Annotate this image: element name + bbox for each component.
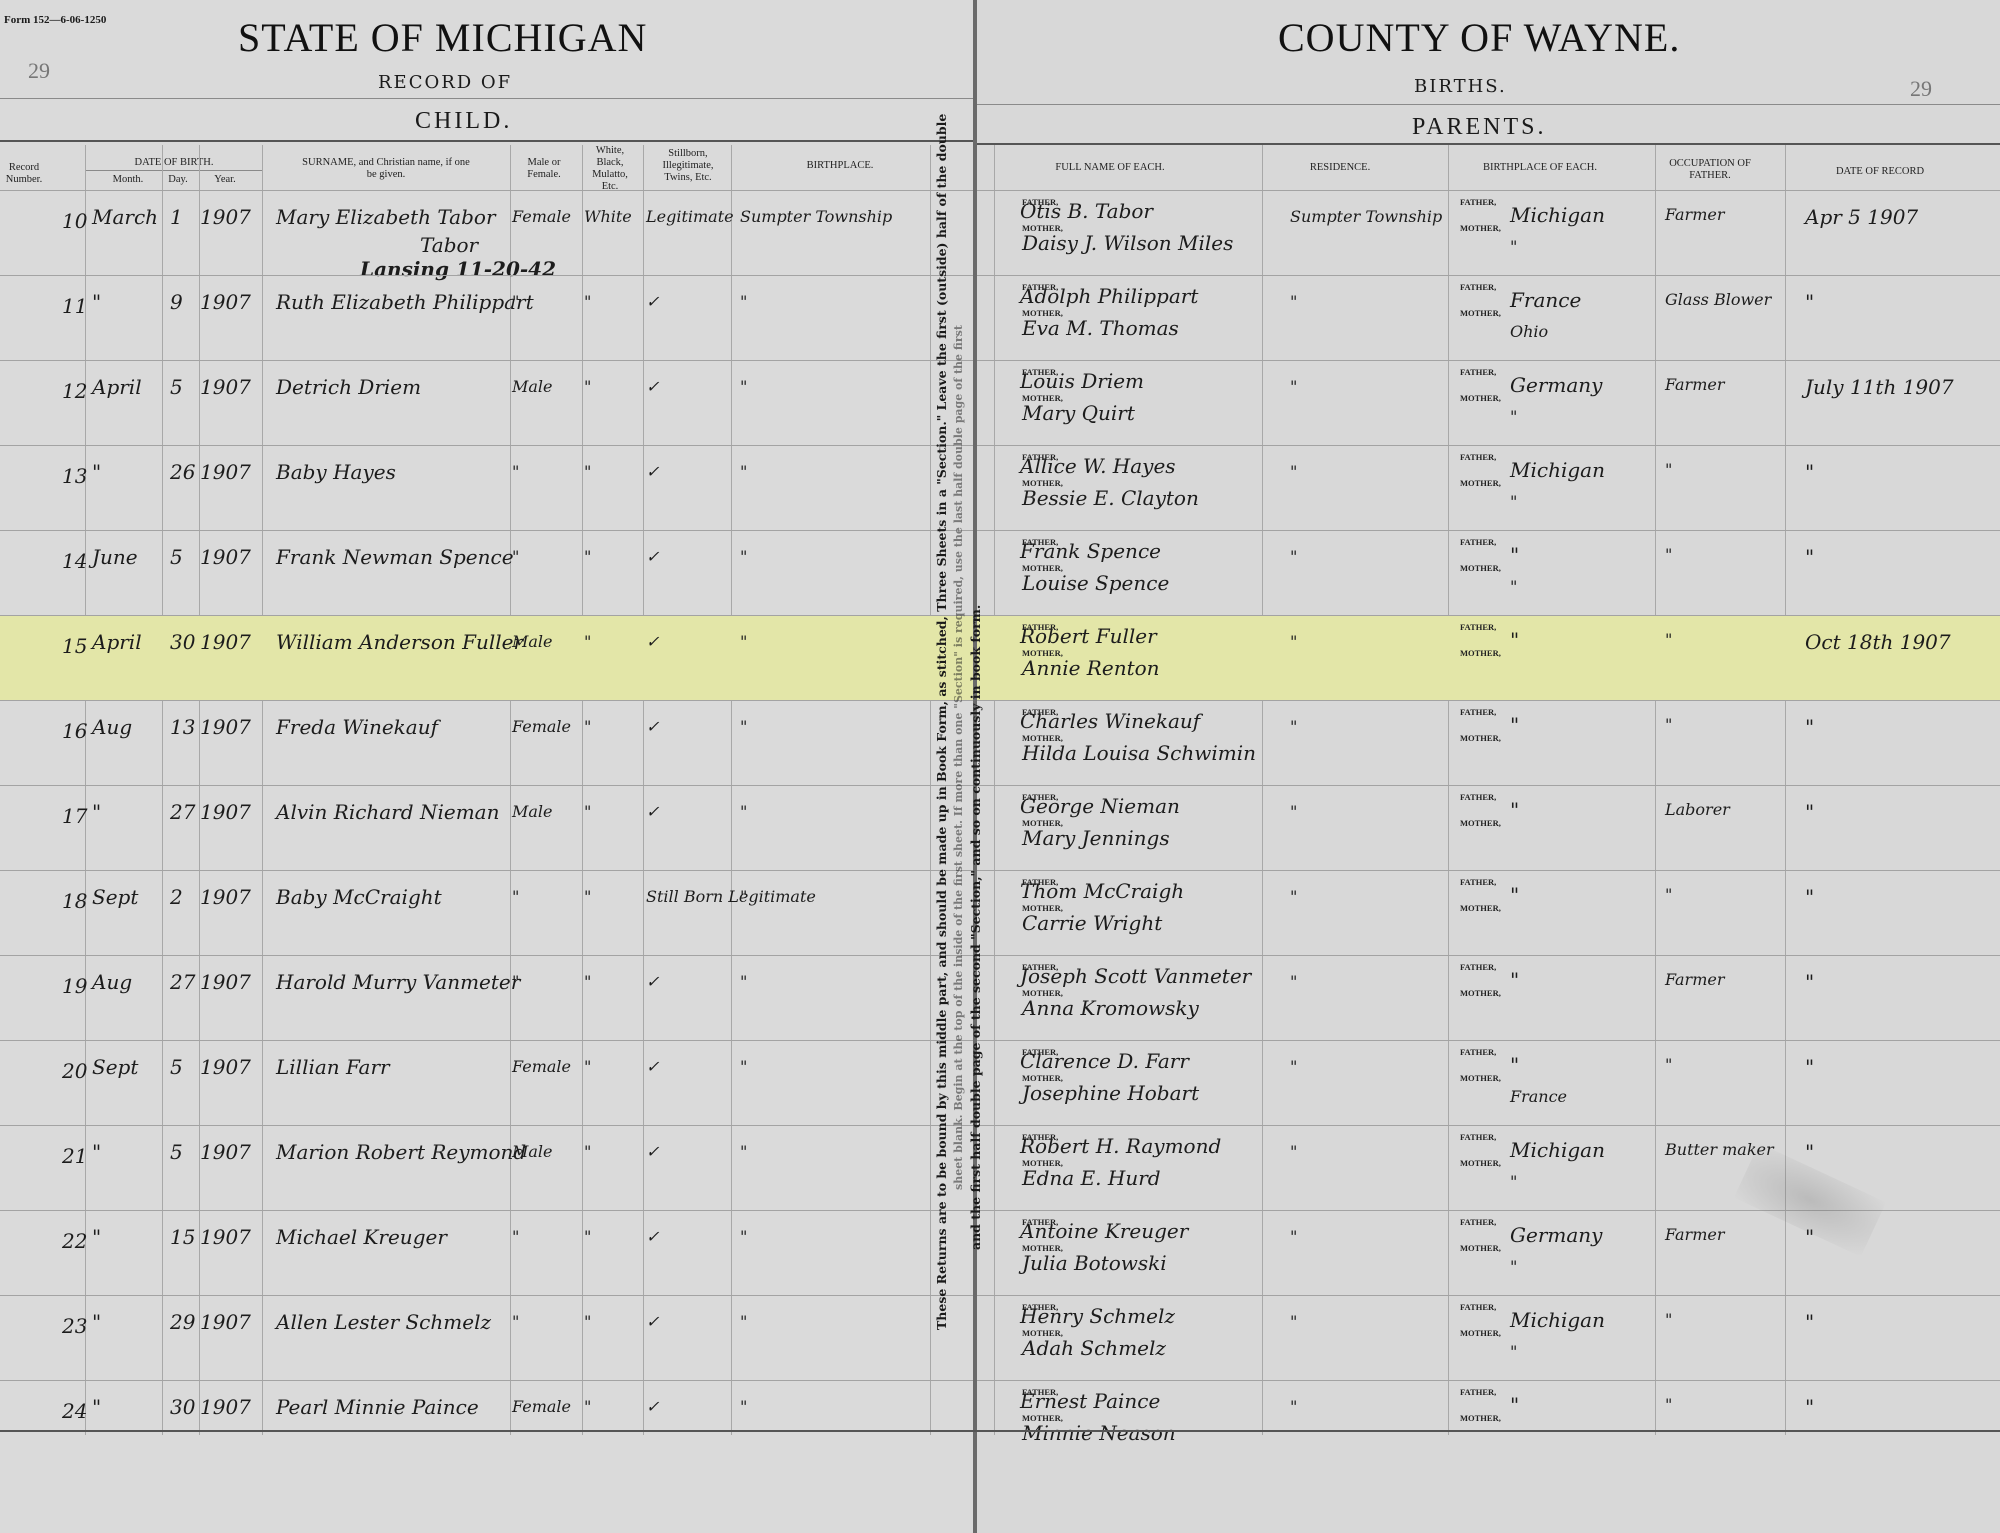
mother-name: Julia Botowski xyxy=(1022,1251,1167,1275)
status: ✓ xyxy=(646,462,659,481)
child-name: Ruth Elizabeth Philippart xyxy=(276,290,534,314)
birth-day: 13 xyxy=(170,715,195,739)
mother-label: MOTHER, xyxy=(1460,308,1501,318)
race: " xyxy=(584,887,591,906)
header-rule xyxy=(0,140,975,142)
race: " xyxy=(584,1227,591,1246)
date-of-record: " xyxy=(1805,1140,1814,1164)
table-row[interactable]: 13"261907Baby Hayes""✓"Allice W. HayesBe… xyxy=(0,445,2000,531)
col-surname: SURNAME, and Christian name, if one be g… xyxy=(296,157,476,181)
mother-name: Adah Schmelz xyxy=(1022,1336,1166,1360)
table-row[interactable]: 23"291907Allen Lester Schmelz""✓"Henry S… xyxy=(0,1295,2000,1381)
date-of-record: " xyxy=(1805,545,1814,569)
date-of-record: " xyxy=(1805,290,1814,314)
birth-day: 5 xyxy=(170,545,183,569)
date-of-record: July 11th 1907 xyxy=(1805,375,1954,399)
birth-year: 1907 xyxy=(200,715,251,739)
birth-year: 1907 xyxy=(200,205,251,229)
child-name: Allen Lester Schmelz xyxy=(276,1310,491,1334)
birthplace: " xyxy=(740,1312,747,1331)
birth-year: 1907 xyxy=(200,970,251,994)
birthplace: " xyxy=(740,1227,747,1246)
child-name: Marion Robert Reymond xyxy=(276,1140,526,1164)
record-number: 11 xyxy=(62,294,87,318)
birthplace: " xyxy=(740,802,747,821)
mother-birthplace: " xyxy=(1510,1342,1517,1361)
father-label: FATHER, xyxy=(1022,792,1058,802)
table-row[interactable]: 17"271907Alvin Richard NiemanMale"✓"Geor… xyxy=(0,785,2000,871)
sex: Female xyxy=(512,717,571,736)
mother-name: Carrie Wright xyxy=(1022,911,1162,935)
mother-name: Bessie E. Clayton xyxy=(1022,486,1199,510)
birth-year: 1907 xyxy=(200,1395,251,1419)
col-parents-name: FULL NAME OF EACH. xyxy=(1030,162,1190,174)
father-birthplace: " xyxy=(1510,628,1519,652)
birthplace: Sumpter Township xyxy=(740,207,892,226)
father-birthplace: " xyxy=(1510,883,1519,907)
col-status: Stillborn, Illegitimate, Twins, Etc. xyxy=(648,148,728,184)
race: " xyxy=(584,547,591,566)
mother-label: MOTHER, xyxy=(1022,563,1063,573)
status: ✓ xyxy=(646,1397,659,1416)
mother-name: Hilda Louisa Schwimin xyxy=(1022,741,1256,765)
status: ✓ xyxy=(646,377,659,396)
date-of-record: " xyxy=(1805,800,1814,824)
residence: " xyxy=(1290,462,1297,481)
col-race: White, Black, Mulatto, Etc. xyxy=(584,145,636,193)
mother-name: Mary Jennings xyxy=(1022,826,1170,850)
child-name: Freda Winekauf xyxy=(276,715,438,739)
child-name: Michael Kreuger xyxy=(276,1225,447,1249)
father-birthplace: " xyxy=(1510,713,1519,737)
race: " xyxy=(584,1312,591,1331)
father-label: FATHER, xyxy=(1022,1302,1058,1312)
father-occupation: " xyxy=(1665,1055,1672,1074)
father-occupation: " xyxy=(1665,715,1672,734)
mother-label: MOTHER, xyxy=(1460,733,1501,743)
residence: " xyxy=(1290,1057,1297,1076)
father-label: FATHER, xyxy=(1460,367,1496,377)
birth-day: 5 xyxy=(170,375,183,399)
status: ✓ xyxy=(646,1142,659,1161)
father-occupation: Laborer xyxy=(1665,800,1730,819)
child-name: Alvin Richard Nieman xyxy=(276,800,499,824)
table-row[interactable]: 11"91907Ruth Elizabeth Philippart""✓"Ado… xyxy=(0,275,2000,361)
status: ✓ xyxy=(646,632,659,651)
race: " xyxy=(584,377,591,396)
child-name: Lillian Farr xyxy=(276,1055,390,1079)
father-label: FATHER, xyxy=(1022,197,1058,207)
father-birthplace: Michigan xyxy=(1510,1308,1605,1332)
mother-label: MOTHER, xyxy=(1022,223,1063,233)
table-row[interactable]: 15April301907William Anderson FullerMale… xyxy=(0,615,2000,701)
col-residence: RESIDENCE. xyxy=(1280,162,1400,174)
mother-label: MOTHER, xyxy=(1460,393,1501,403)
table-row[interactable]: 18Sept21907Baby McCraight""Still Born Le… xyxy=(0,870,2000,956)
father-label: FATHER, xyxy=(1022,537,1058,547)
father-birthplace: France xyxy=(1510,288,1581,312)
col-year: Year. xyxy=(200,174,250,186)
father-label: FATHER, xyxy=(1460,537,1496,547)
residence: " xyxy=(1290,547,1297,566)
col-date-of-birth: DATE OF BIRTH. xyxy=(86,157,262,169)
birth-day: 27 xyxy=(170,800,195,824)
birth-month: Sept xyxy=(92,885,138,909)
father-occupation: " xyxy=(1665,1310,1672,1329)
birth-year: 1907 xyxy=(200,800,251,824)
residence: " xyxy=(1290,887,1297,906)
date-of-record: Oct 18th 1907 xyxy=(1805,630,1951,654)
mother-birthplace: " xyxy=(1510,492,1517,511)
birth-month: April xyxy=(92,375,142,399)
birthplace: " xyxy=(740,292,747,311)
residence: " xyxy=(1290,632,1297,651)
father-label: FATHER, xyxy=(1460,197,1496,207)
mother-name: Annie Renton xyxy=(1022,656,1160,680)
mother-label: MOTHER, xyxy=(1022,988,1063,998)
birth-day: 1 xyxy=(170,205,183,229)
record-number: 22 xyxy=(62,1229,87,1253)
mother-label: MOTHER, xyxy=(1022,1328,1063,1338)
binding-note-line-3: and the first half double page of the se… xyxy=(968,605,983,1250)
birth-year: 1907 xyxy=(200,290,251,314)
race: White xyxy=(584,207,632,226)
birth-year: 1907 xyxy=(200,885,251,909)
residence: " xyxy=(1290,1397,1297,1416)
residence: " xyxy=(1290,972,1297,991)
mother-name: Louise Spence xyxy=(1022,571,1169,595)
record-number: 19 xyxy=(62,974,87,998)
mother-label: MOTHER, xyxy=(1460,988,1501,998)
father-label: FATHER, xyxy=(1460,1387,1496,1397)
rule xyxy=(975,104,2000,105)
father-birthplace: Michigan xyxy=(1510,458,1605,482)
col-father-occupation: OCCUPATION OF FATHER. xyxy=(1660,158,1760,182)
status: ✓ xyxy=(646,547,659,566)
child-name: Pearl Minnie Paince xyxy=(276,1395,479,1419)
col-day: Day. xyxy=(160,174,196,186)
mother-label: MOTHER, xyxy=(1460,903,1501,913)
father-birthplace: Michigan xyxy=(1510,203,1605,227)
sex: Male xyxy=(512,802,553,821)
birth-day: 5 xyxy=(170,1055,183,1079)
ledger-spread: Form 152—6-06-1250 29 29 STATE OF MICHIG… xyxy=(0,0,2000,1533)
status: ✓ xyxy=(646,292,659,311)
date-of-record: " xyxy=(1805,1395,1814,1419)
birth-month: Sept xyxy=(92,1055,138,1079)
mother-birthplace: France xyxy=(1510,1087,1567,1106)
record-number: 13 xyxy=(62,464,87,488)
status: ✓ xyxy=(646,972,659,991)
date-of-record: " xyxy=(1805,970,1814,994)
father-label: FATHER, xyxy=(1022,1387,1058,1397)
birth-month: June xyxy=(92,545,138,569)
birthplace: " xyxy=(740,377,747,396)
left-subtitle: RECORD OF xyxy=(378,72,512,93)
mother-birthplace: " xyxy=(1510,1172,1517,1191)
mother-label: MOTHER, xyxy=(1460,1158,1501,1168)
table-row[interactable]: 10March11907Mary Elizabeth TaborFemaleWh… xyxy=(0,190,2000,276)
father-birthplace: " xyxy=(1510,1393,1519,1417)
sex: Male xyxy=(512,377,553,396)
form-number: Form 152—6-06-1250 xyxy=(4,14,106,26)
race: " xyxy=(584,1397,591,1416)
birth-day: 2 xyxy=(170,885,183,909)
birthplace: " xyxy=(740,972,747,991)
mother-label: MOTHER, xyxy=(1022,1073,1063,1083)
sex: Female xyxy=(512,207,571,226)
mother-name: Eva M. Thomas xyxy=(1022,316,1179,340)
birthplace: " xyxy=(740,632,747,651)
mother-birthplace: " xyxy=(1510,577,1517,596)
father-occupation: Glass Blower xyxy=(1665,290,1771,309)
status: Still Born Legitimate xyxy=(646,887,816,906)
father-label: FATHER, xyxy=(1460,877,1496,887)
birth-year: 1907 xyxy=(200,630,251,654)
father-occupation: " xyxy=(1665,630,1672,649)
sex: " xyxy=(512,972,519,991)
mother-label: MOTHER, xyxy=(1460,223,1501,233)
col-date-of-record: DATE OF RECORD xyxy=(1800,166,1960,178)
mother-birthplace: " xyxy=(1510,1257,1517,1276)
father-label: FATHER, xyxy=(1460,1047,1496,1057)
father-occupation: " xyxy=(1665,545,1672,564)
child-name: Harold Murry Vanmeter xyxy=(276,970,520,994)
record-number: 16 xyxy=(62,719,87,743)
birth-year: 1907 xyxy=(200,1140,251,1164)
birthplace: " xyxy=(740,462,747,481)
sex: " xyxy=(512,1312,519,1331)
father-label: FATHER, xyxy=(1460,707,1496,717)
father-label: FATHER, xyxy=(1022,1132,1058,1142)
father-birthplace: Germany xyxy=(1510,1223,1602,1247)
status: ✓ xyxy=(646,1312,659,1331)
birth-day: 26 xyxy=(170,460,195,484)
date-of-record: " xyxy=(1805,460,1814,484)
record-number: 21 xyxy=(62,1144,87,1168)
status: ✓ xyxy=(646,802,659,821)
table-row[interactable]: 14June51907Frank Newman Spence""✓"Frank … xyxy=(0,530,2000,616)
right-page-number: 29 xyxy=(1910,76,1932,102)
father-label: FATHER, xyxy=(1022,707,1058,717)
father-birthplace: " xyxy=(1510,798,1519,822)
table-row[interactable]: 20Sept51907Lillian FarrFemale"✓"Clarence… xyxy=(0,1040,2000,1126)
mother-label: MOTHER, xyxy=(1460,1073,1501,1083)
record-number: 20 xyxy=(62,1059,87,1083)
father-label: FATHER, xyxy=(1460,962,1496,972)
table-row[interactable]: 24"301907Pearl Minnie PainceFemale"✓"Ern… xyxy=(0,1380,2000,1466)
father-birthplace: Michigan xyxy=(1510,1138,1605,1162)
col-month: Month. xyxy=(98,174,158,186)
birth-day: 30 xyxy=(170,630,195,654)
birth-month: " xyxy=(92,1225,101,1249)
birthplace: " xyxy=(740,887,747,906)
father-birthplace: Germany xyxy=(1510,373,1602,397)
birth-day: 15 xyxy=(170,1225,195,1249)
child-name: Baby Hayes xyxy=(276,460,396,484)
residence: " xyxy=(1290,377,1297,396)
left-page-number: 29 xyxy=(28,58,50,84)
mother-label: MOTHER, xyxy=(1022,1413,1063,1423)
birthplace: " xyxy=(740,1397,747,1416)
record-number: 15 xyxy=(62,634,87,658)
mother-label: MOTHER, xyxy=(1460,818,1501,828)
status: ✓ xyxy=(646,1227,659,1246)
father-label: FATHER, xyxy=(1022,962,1058,972)
mother-name: Josephine Hobart xyxy=(1022,1081,1199,1105)
father-label: FATHER, xyxy=(1022,282,1058,292)
birth-month: " xyxy=(92,460,101,484)
race: " xyxy=(584,972,591,991)
binding-note-line-1: These Returns are to be bound by this mi… xyxy=(934,114,949,1330)
race: " xyxy=(584,1142,591,1161)
status: Legitimate xyxy=(646,207,734,226)
race: " xyxy=(584,292,591,311)
record-number: 23 xyxy=(62,1314,87,1338)
date-of-record: " xyxy=(1805,715,1814,739)
race: " xyxy=(584,717,591,736)
birth-month: " xyxy=(92,1395,101,1419)
child-name: William Anderson Fuller xyxy=(276,630,523,654)
table-row[interactable]: 21"51907Marion Robert ReymondMale"✓"Robe… xyxy=(0,1125,2000,1211)
birth-year: 1907 xyxy=(200,1055,251,1079)
birth-day: 27 xyxy=(170,970,195,994)
father-label: FATHER, xyxy=(1460,452,1496,462)
mother-label: MOTHER, xyxy=(1022,903,1063,913)
status: ✓ xyxy=(646,1057,659,1076)
mother-label: MOTHER, xyxy=(1022,393,1063,403)
birth-month: Aug xyxy=(92,715,132,739)
mother-label: MOTHER, xyxy=(1022,308,1063,318)
record-number: 12 xyxy=(62,379,87,403)
birth-year: 1907 xyxy=(200,460,251,484)
col-birthplace: BIRTHPLACE. xyxy=(780,160,900,172)
record-number: 17 xyxy=(62,804,87,828)
birth-month: " xyxy=(92,800,101,824)
table-row[interactable]: 16Aug131907Freda WinekaufFemale"✓"Charle… xyxy=(0,700,2000,786)
birth-day: 30 xyxy=(170,1395,195,1419)
birthplace: " xyxy=(740,717,747,736)
mother-label: MOTHER, xyxy=(1022,648,1063,658)
father-label: FATHER, xyxy=(1022,622,1058,632)
father-occupation: " xyxy=(1665,885,1672,904)
birthplace: " xyxy=(740,547,747,566)
child-name: Mary Elizabeth Tabor xyxy=(276,205,496,229)
date-of-record: " xyxy=(1805,1055,1814,1079)
father-occupation: Farmer xyxy=(1665,970,1725,989)
record-number: 18 xyxy=(62,889,87,913)
header-rule xyxy=(975,143,2000,145)
father-label: FATHER, xyxy=(1460,792,1496,802)
father-label: FATHER, xyxy=(1460,282,1496,292)
child-name: Frank Newman Spence xyxy=(276,545,514,569)
birth-year: 1907 xyxy=(200,1310,251,1334)
sex: " xyxy=(512,292,519,311)
father-occupation: Farmer xyxy=(1665,205,1725,224)
birthplace: " xyxy=(740,1142,747,1161)
table-row[interactable]: 19Aug271907Harold Murry Vanmeter""✓"Jose… xyxy=(0,955,2000,1041)
father-label: FATHER, xyxy=(1460,1132,1496,1142)
father-birthplace: " xyxy=(1510,1053,1519,1077)
child-name: Baby McCraight xyxy=(276,885,442,909)
table-row[interactable]: 12April51907Detrich DriemMale"✓"Louis Dr… xyxy=(0,360,2000,446)
mother-label: MOTHER, xyxy=(1460,1413,1501,1423)
residence: " xyxy=(1290,802,1297,821)
birth-day: 9 xyxy=(170,290,183,314)
mother-label: MOTHER, xyxy=(1022,1243,1063,1253)
rule xyxy=(86,170,262,171)
race: " xyxy=(584,802,591,821)
mother-label: MOTHER, xyxy=(1022,1158,1063,1168)
col-record-number: Record Number. xyxy=(4,162,44,186)
race: " xyxy=(584,632,591,651)
father-birthplace: " xyxy=(1510,968,1519,992)
col-sex: Male or Female. xyxy=(514,157,574,181)
mother-birthplace: " xyxy=(1510,407,1517,426)
mother-birthplace: Ohio xyxy=(1510,322,1548,341)
table-row[interactable]: 22"151907Michael Kreuger""✓"Antoine Kreu… xyxy=(0,1210,2000,1296)
left-title: STATE OF MICHIGAN xyxy=(238,14,647,61)
right-subtitle: BIRTHS. xyxy=(1414,76,1507,97)
birth-month: " xyxy=(92,290,101,314)
birthplace: " xyxy=(740,1057,747,1076)
mother-name: Anna Kromowsky xyxy=(1022,996,1199,1020)
birth-year: 1907 xyxy=(200,1225,251,1249)
birth-month: April xyxy=(92,630,142,654)
mother-name: Daisy J. Wilson Miles xyxy=(1022,231,1233,255)
col-parents-birthplace: BIRTHPLACE OF EACH. xyxy=(1460,162,1620,174)
mother-name: Edna E. Hurd xyxy=(1022,1166,1161,1190)
father-occupation: " xyxy=(1665,460,1672,479)
birth-year: 1907 xyxy=(200,545,251,569)
sex: " xyxy=(512,887,519,906)
mother-label: MOTHER, xyxy=(1022,733,1063,743)
surname-correction: Tabor xyxy=(420,233,478,257)
sex: " xyxy=(512,1227,519,1246)
residence: " xyxy=(1290,717,1297,736)
sex: " xyxy=(512,547,519,566)
child-name: Detrich Driem xyxy=(276,375,421,399)
residence: " xyxy=(1290,1142,1297,1161)
birth-day: 5 xyxy=(170,1140,183,1164)
residence: Sumpter Township xyxy=(1290,207,1442,226)
mother-label: MOTHER, xyxy=(1460,1243,1501,1253)
father-label: FATHER, xyxy=(1022,367,1058,377)
mother-name: Minnie Neason xyxy=(1022,1421,1176,1445)
father-occupation: Farmer xyxy=(1665,375,1725,394)
residence: " xyxy=(1290,292,1297,311)
father-birthplace: " xyxy=(1510,543,1519,567)
race: " xyxy=(584,462,591,481)
mother-birthplace: " xyxy=(1510,237,1517,256)
date-of-record: " xyxy=(1805,885,1814,909)
birth-month: " xyxy=(92,1310,101,1334)
date-of-record: Apr 5 1907 xyxy=(1805,205,1918,229)
sex: Male xyxy=(512,632,553,651)
date-of-record: " xyxy=(1805,1310,1814,1334)
father-label: FATHER, xyxy=(1022,1047,1058,1057)
father-label: FATHER, xyxy=(1022,452,1058,462)
parents-section-title: PARENTS. xyxy=(1412,114,1546,141)
father-occupation: Farmer xyxy=(1665,1225,1725,1244)
record-number: 10 xyxy=(62,209,87,233)
record-number: 24 xyxy=(62,1399,87,1423)
mother-name: Mary Quirt xyxy=(1022,401,1135,425)
sex: Female xyxy=(512,1057,571,1076)
binding-note-line-2: sheet blank. Begin at the top of the ins… xyxy=(952,325,965,1190)
father-label: FATHER, xyxy=(1460,622,1496,632)
binding-instructions: These Returns are to be bound by this mi… xyxy=(942,330,972,1330)
